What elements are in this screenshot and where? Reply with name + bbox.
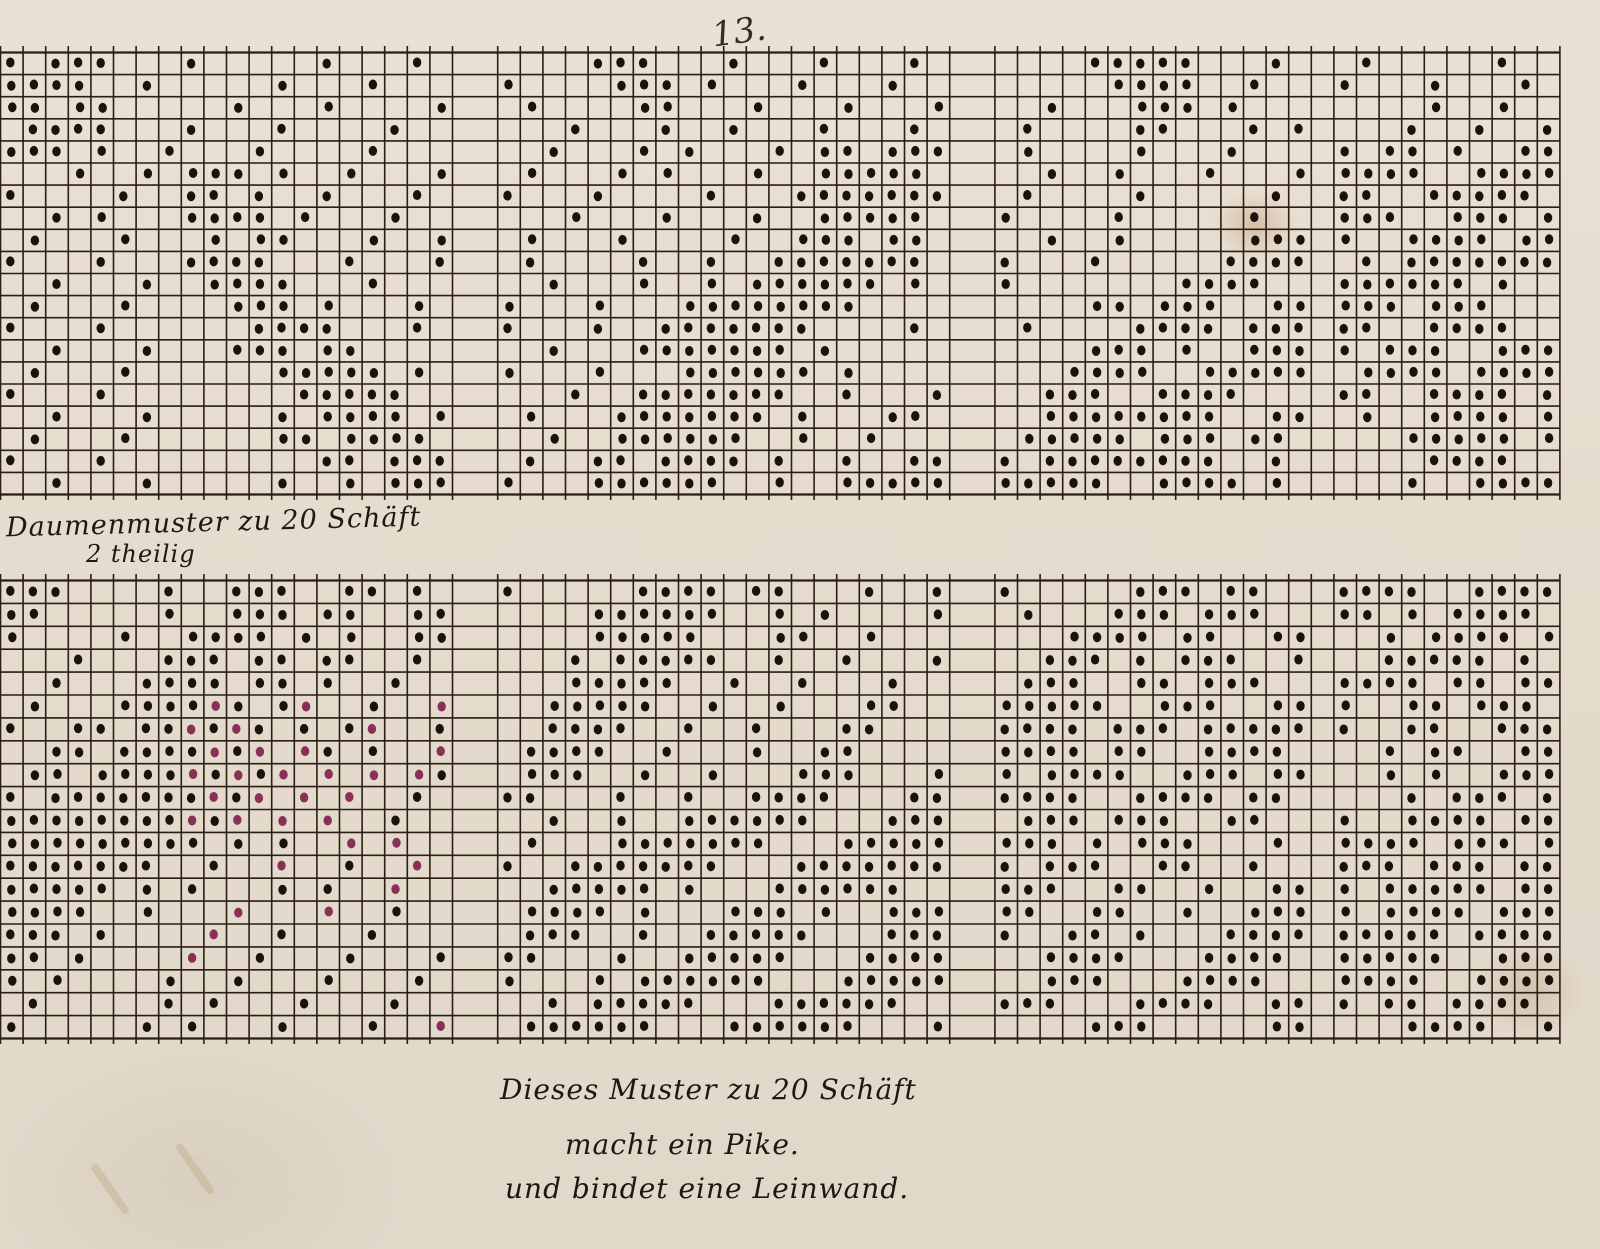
pattern-dot [325, 301, 333, 311]
pattern-dot [799, 769, 807, 779]
red-pattern-dot [189, 769, 197, 779]
pattern-dot [1181, 655, 1189, 665]
pattern-dot [1545, 769, 1553, 779]
pattern-dot [1543, 125, 1551, 135]
pattern-dot [1294, 998, 1302, 1008]
pattern-dot [797, 324, 805, 334]
pattern-dot [798, 80, 806, 90]
pattern-dot [1250, 609, 1258, 619]
pattern-dot [6, 455, 14, 465]
pattern-dot [503, 191, 511, 201]
pattern-dot [346, 610, 354, 620]
top-grid-caption-line-2: 2 theilig [86, 540, 196, 568]
pattern-dot [1500, 907, 1508, 917]
pattern-dot [278, 885, 286, 895]
pattern-dot [1228, 280, 1236, 290]
pattern-dot [797, 191, 805, 201]
pattern-dot [278, 610, 286, 620]
pattern-dot [1296, 701, 1304, 711]
pattern-dot [1137, 884, 1145, 894]
pattern-dot [889, 81, 897, 91]
pattern-dot [345, 723, 353, 733]
pattern-dot [729, 390, 737, 400]
pattern-dot [797, 999, 805, 1009]
pattern-dot [753, 953, 761, 963]
pattern-dot [1069, 953, 1077, 963]
pattern-dot [97, 390, 105, 400]
pattern-dot [31, 235, 39, 245]
pattern-dot [753, 412, 761, 422]
pattern-dot [1432, 632, 1440, 642]
pattern-dot [1274, 700, 1282, 710]
pattern-dot [52, 478, 60, 488]
pattern-dot [52, 345, 60, 355]
pattern-dot [1475, 587, 1483, 597]
pattern-dot [1002, 279, 1010, 289]
pattern-dot [1206, 975, 1214, 985]
pattern-dot [1431, 747, 1439, 757]
pattern-dot [1294, 323, 1302, 333]
pattern-dot [1407, 931, 1415, 941]
pattern-dot [1500, 367, 1508, 377]
pattern-dot [189, 168, 197, 178]
pattern-dot [165, 609, 173, 619]
pattern-dot [640, 477, 648, 487]
pattern-dot [730, 1022, 738, 1032]
pattern-dot [1430, 861, 1438, 871]
pattern-dot [550, 280, 558, 290]
pattern-dot [1182, 278, 1190, 288]
pattern-dot [639, 861, 647, 871]
pattern-dot [1114, 724, 1122, 734]
pattern-dot [1048, 770, 1056, 780]
pattern-dot [347, 434, 355, 444]
pattern-dot [277, 929, 285, 939]
pattern-dot [617, 479, 625, 489]
pattern-dot [1206, 367, 1214, 377]
pattern-dot [437, 952, 445, 962]
pattern-dot [1272, 999, 1280, 1009]
pattern-dot [1116, 302, 1124, 312]
pattern-dot [844, 235, 852, 245]
pattern-dot [731, 975, 739, 985]
pattern-dot [6, 723, 14, 733]
pattern-dot [255, 587, 263, 597]
red-pattern-dot [234, 770, 242, 780]
pattern-dot [1136, 656, 1144, 666]
pattern-dot [1476, 213, 1484, 223]
pattern-dot [1250, 212, 1258, 222]
pattern-dot [144, 701, 152, 711]
pattern-dot [391, 213, 399, 223]
pattern-dot [934, 609, 942, 619]
pattern-dot [842, 999, 850, 1009]
pattern-dot [776, 884, 784, 894]
red-pattern-dot [413, 861, 421, 871]
pattern-dot [1430, 389, 1438, 399]
pattern-dot [1431, 81, 1439, 91]
pattern-dot [707, 323, 715, 333]
red-pattern-dot [279, 770, 287, 780]
pattern-dot [798, 815, 806, 825]
pattern-dot [912, 839, 920, 849]
pattern-dot [1294, 124, 1302, 134]
pattern-dot [187, 59, 195, 69]
pattern-dot [1272, 931, 1280, 941]
pattern-dot [617, 816, 625, 826]
pattern-dot [119, 862, 127, 872]
pattern-dot [1545, 838, 1553, 848]
pattern-dot [143, 280, 151, 290]
pattern-dot [1204, 390, 1212, 400]
pattern-dot [1069, 678, 1077, 688]
pattern-dot [1047, 884, 1055, 894]
pattern-dot [1385, 655, 1393, 665]
pattern-dot [1183, 839, 1191, 849]
red-pattern-dot [301, 746, 309, 756]
pattern-dot [1408, 1022, 1416, 1032]
pattern-dot [1477, 838, 1485, 848]
pattern-dot [414, 479, 422, 489]
pattern-dot [890, 838, 898, 848]
pattern-dot [1543, 258, 1551, 268]
pattern-dot [1115, 80, 1123, 90]
pattern-dot [616, 455, 624, 465]
pattern-dot [1341, 279, 1349, 289]
pattern-dot [97, 724, 105, 734]
pattern-dot [708, 952, 716, 962]
pattern-dot [935, 102, 943, 112]
pattern-dot [187, 191, 195, 201]
pattern-dot [76, 907, 84, 917]
pattern-dot [369, 1021, 377, 1031]
pattern-dot [1432, 434, 1440, 444]
pattern-dot [1340, 191, 1348, 201]
pattern-dot [911, 815, 919, 825]
pattern-dot [1116, 235, 1124, 245]
red-pattern-dot [324, 815, 332, 825]
pattern-dot [1362, 929, 1370, 939]
pattern-dot [842, 655, 850, 665]
top-pattern-grid [0, 52, 1561, 496]
pattern-dot [1500, 102, 1508, 112]
pattern-dot [1544, 678, 1552, 688]
pattern-dot [618, 235, 626, 245]
pattern-dot [1430, 256, 1438, 266]
pattern-dot [867, 700, 875, 710]
pattern-dot [212, 770, 220, 780]
pattern-dot [232, 257, 240, 267]
pattern-dot [6, 190, 14, 200]
pattern-dot [1116, 434, 1124, 444]
pattern-dot [842, 456, 850, 466]
pattern-dot [754, 102, 762, 112]
pattern-dot [76, 169, 84, 179]
pattern-dot [1093, 907, 1101, 917]
pattern-dot [663, 478, 671, 488]
pattern-dot [1522, 702, 1530, 712]
pattern-dot [1024, 147, 1032, 157]
pattern-dot [1477, 975, 1485, 985]
pattern-dot [752, 323, 760, 333]
pattern-dot [1183, 770, 1191, 780]
pattern-dot [844, 839, 852, 849]
pattern-dot [618, 838, 626, 848]
pattern-dot [1455, 633, 1463, 643]
pattern-dot [1068, 390, 1076, 400]
pattern-dot [1047, 477, 1055, 487]
pattern-dot [413, 190, 421, 200]
pattern-dot [641, 702, 649, 712]
pattern-dot [1499, 953, 1507, 963]
pattern-dot [1274, 301, 1282, 311]
pattern-dot [888, 190, 896, 200]
pattern-dot [640, 80, 648, 90]
pattern-dot [753, 1022, 761, 1032]
pattern-dot [1475, 390, 1483, 400]
pattern-dot [730, 412, 738, 422]
pattern-dot [345, 389, 353, 399]
pattern-dot [1205, 953, 1213, 963]
pattern-dot [52, 80, 60, 90]
pattern-dot [1023, 323, 1031, 333]
pattern-dot [867, 632, 875, 642]
pattern-dot [617, 885, 625, 895]
pattern-dot [1204, 456, 1212, 466]
pattern-dot [935, 769, 943, 779]
pattern-dot [1387, 770, 1395, 780]
pattern-dot [503, 793, 511, 803]
pattern-dot [1093, 632, 1101, 642]
pattern-dot [821, 885, 829, 895]
pattern-dot [639, 655, 647, 665]
pattern-dot [1250, 278, 1258, 288]
pattern-dot [1453, 861, 1461, 871]
pattern-dot [370, 368, 378, 378]
pattern-dot [865, 587, 873, 597]
pattern-dot [1545, 906, 1553, 916]
pattern-dot [1228, 679, 1236, 689]
pattern-dot [595, 609, 603, 619]
pattern-dot [1342, 838, 1350, 848]
pattern-dot [1206, 433, 1214, 443]
pattern-dot [369, 80, 377, 90]
pattern-dot [119, 793, 127, 803]
pattern-dot [617, 679, 625, 689]
pattern-dot [550, 147, 558, 157]
pattern-dot [865, 724, 873, 734]
pattern-dot [1498, 455, 1506, 465]
pattern-dot [573, 908, 581, 918]
pattern-dot [933, 456, 941, 466]
pattern-dot [707, 257, 715, 267]
pattern-dot [234, 103, 242, 113]
pattern-dot [843, 477, 851, 487]
pattern-dot [278, 679, 286, 689]
pattern-dot [1136, 191, 1144, 201]
red-pattern-dot [438, 702, 446, 712]
pattern-dot [1544, 1022, 1552, 1032]
pattern-dot [413, 323, 421, 333]
pattern-dot [549, 998, 557, 1008]
pattern-dot [594, 724, 602, 734]
pattern-dot [75, 816, 83, 826]
pattern-dot [1475, 324, 1483, 334]
pattern-dot [51, 125, 59, 135]
pattern-dot [1475, 793, 1483, 803]
pattern-dot [369, 278, 377, 288]
red-pattern-dot [325, 769, 333, 779]
pattern-dot [368, 930, 376, 940]
pattern-dot [1068, 793, 1076, 803]
pattern-dot [52, 412, 60, 422]
pattern-dot [528, 906, 536, 916]
pattern-dot [709, 839, 717, 849]
pattern-dot [662, 656, 670, 666]
pattern-dot [641, 633, 649, 643]
pattern-dot [29, 586, 37, 596]
pattern-dot [641, 434, 649, 444]
pattern-dot [1521, 345, 1529, 355]
pattern-dot [572, 1021, 580, 1031]
pattern-dot [1228, 610, 1236, 620]
pattern-dot [52, 213, 60, 223]
pattern-dot [549, 723, 557, 733]
pattern-dot [1229, 367, 1237, 377]
pattern-dot [74, 124, 82, 134]
pattern-dot [843, 1021, 851, 1031]
pattern-dot [685, 816, 693, 826]
pattern-dot [1047, 746, 1055, 756]
pattern-dot [165, 815, 173, 825]
pattern-dot [1069, 747, 1077, 757]
pattern-dot [1342, 234, 1350, 244]
pattern-dot [1136, 931, 1144, 941]
pattern-dot [799, 301, 807, 311]
pattern-dot [799, 367, 807, 377]
pattern-dot [1432, 235, 1440, 245]
pattern-dot [189, 632, 197, 642]
pattern-dot [1386, 278, 1394, 288]
red-pattern-dot [256, 747, 264, 757]
pattern-dot [1136, 724, 1144, 734]
pattern-dot [664, 102, 672, 112]
pattern-dot [234, 633, 242, 643]
pattern-dot [1432, 367, 1440, 377]
pattern-dot [594, 456, 602, 466]
pattern-dot [911, 212, 919, 222]
pattern-dot [595, 1022, 603, 1032]
pattern-dot [641, 976, 649, 986]
bottom-grid-caption-line-3: und bindet eine Leinwand. [505, 1172, 909, 1205]
pattern-dot [1340, 324, 1348, 334]
pattern-dot [1521, 609, 1529, 619]
pattern-dot [1181, 58, 1189, 68]
pattern-dot [1342, 700, 1350, 710]
pattern-dot [616, 655, 624, 665]
pattern-dot [866, 279, 874, 289]
pattern-dot [1544, 478, 1552, 488]
pattern-dot [438, 770, 446, 780]
pattern-dot [324, 345, 332, 355]
pattern-dot [528, 769, 536, 779]
pattern-dot [797, 862, 805, 872]
pattern-dot [775, 655, 783, 665]
pattern-dot [505, 368, 513, 378]
pattern-dot [30, 609, 38, 619]
pattern-dot [346, 346, 354, 356]
pattern-dot [189, 700, 197, 710]
pattern-dot [52, 279, 60, 289]
pattern-dot [616, 861, 624, 871]
pattern-dot [731, 906, 739, 916]
pattern-dot [888, 256, 896, 266]
pattern-dot [1341, 953, 1349, 963]
pattern-dot [1498, 389, 1506, 399]
pattern-dot [1408, 678, 1416, 688]
pattern-dot [1160, 816, 1168, 826]
pattern-dot [1229, 102, 1237, 112]
pattern-dot [1408, 146, 1416, 156]
pattern-dot [889, 885, 897, 895]
pattern-dot [256, 146, 264, 156]
pattern-dot [1069, 815, 1077, 825]
pattern-dot [211, 280, 219, 290]
pattern-dot [391, 412, 399, 422]
pattern-dot [1408, 815, 1416, 825]
pattern-dot [302, 434, 310, 444]
pattern-dot [1341, 213, 1349, 223]
pattern-dot [1362, 256, 1370, 266]
pattern-dot [685, 479, 693, 489]
pattern-dot [415, 976, 423, 986]
pattern-dot [890, 907, 898, 917]
pattern-dot [865, 999, 873, 1009]
pattern-dot [775, 390, 783, 400]
pattern-dot [255, 191, 263, 201]
pattern-dot [187, 656, 195, 666]
red-pattern-dot [277, 861, 285, 871]
pattern-dot [436, 257, 444, 267]
pattern-dot [1386, 677, 1394, 687]
pattern-dot [1205, 747, 1213, 757]
pattern-dot [798, 884, 806, 894]
pattern-dot [6, 323, 14, 333]
pattern-dot [75, 885, 83, 895]
pattern-dot [1409, 234, 1417, 244]
pattern-dot [752, 586, 760, 596]
pattern-dot [550, 885, 558, 895]
pattern-dot [1251, 908, 1259, 918]
pattern-dot [709, 302, 717, 312]
pattern-dot [1520, 655, 1528, 665]
red-pattern-dot [437, 1021, 445, 1031]
pattern-dot [867, 433, 875, 443]
pattern-dot [164, 586, 172, 596]
pattern-dot [7, 885, 15, 895]
pattern-dot [685, 885, 693, 895]
pattern-dot [571, 655, 579, 665]
pattern-dot [1228, 147, 1236, 157]
pattern-dot [1408, 953, 1416, 963]
pattern-dot [1160, 412, 1168, 422]
red-pattern-dot [325, 906, 333, 916]
pattern-dot [1407, 125, 1415, 135]
pattern-dot [1048, 434, 1056, 444]
pattern-dot [572, 677, 580, 687]
pattern-dot [210, 998, 218, 1008]
pattern-dot [662, 999, 670, 1009]
